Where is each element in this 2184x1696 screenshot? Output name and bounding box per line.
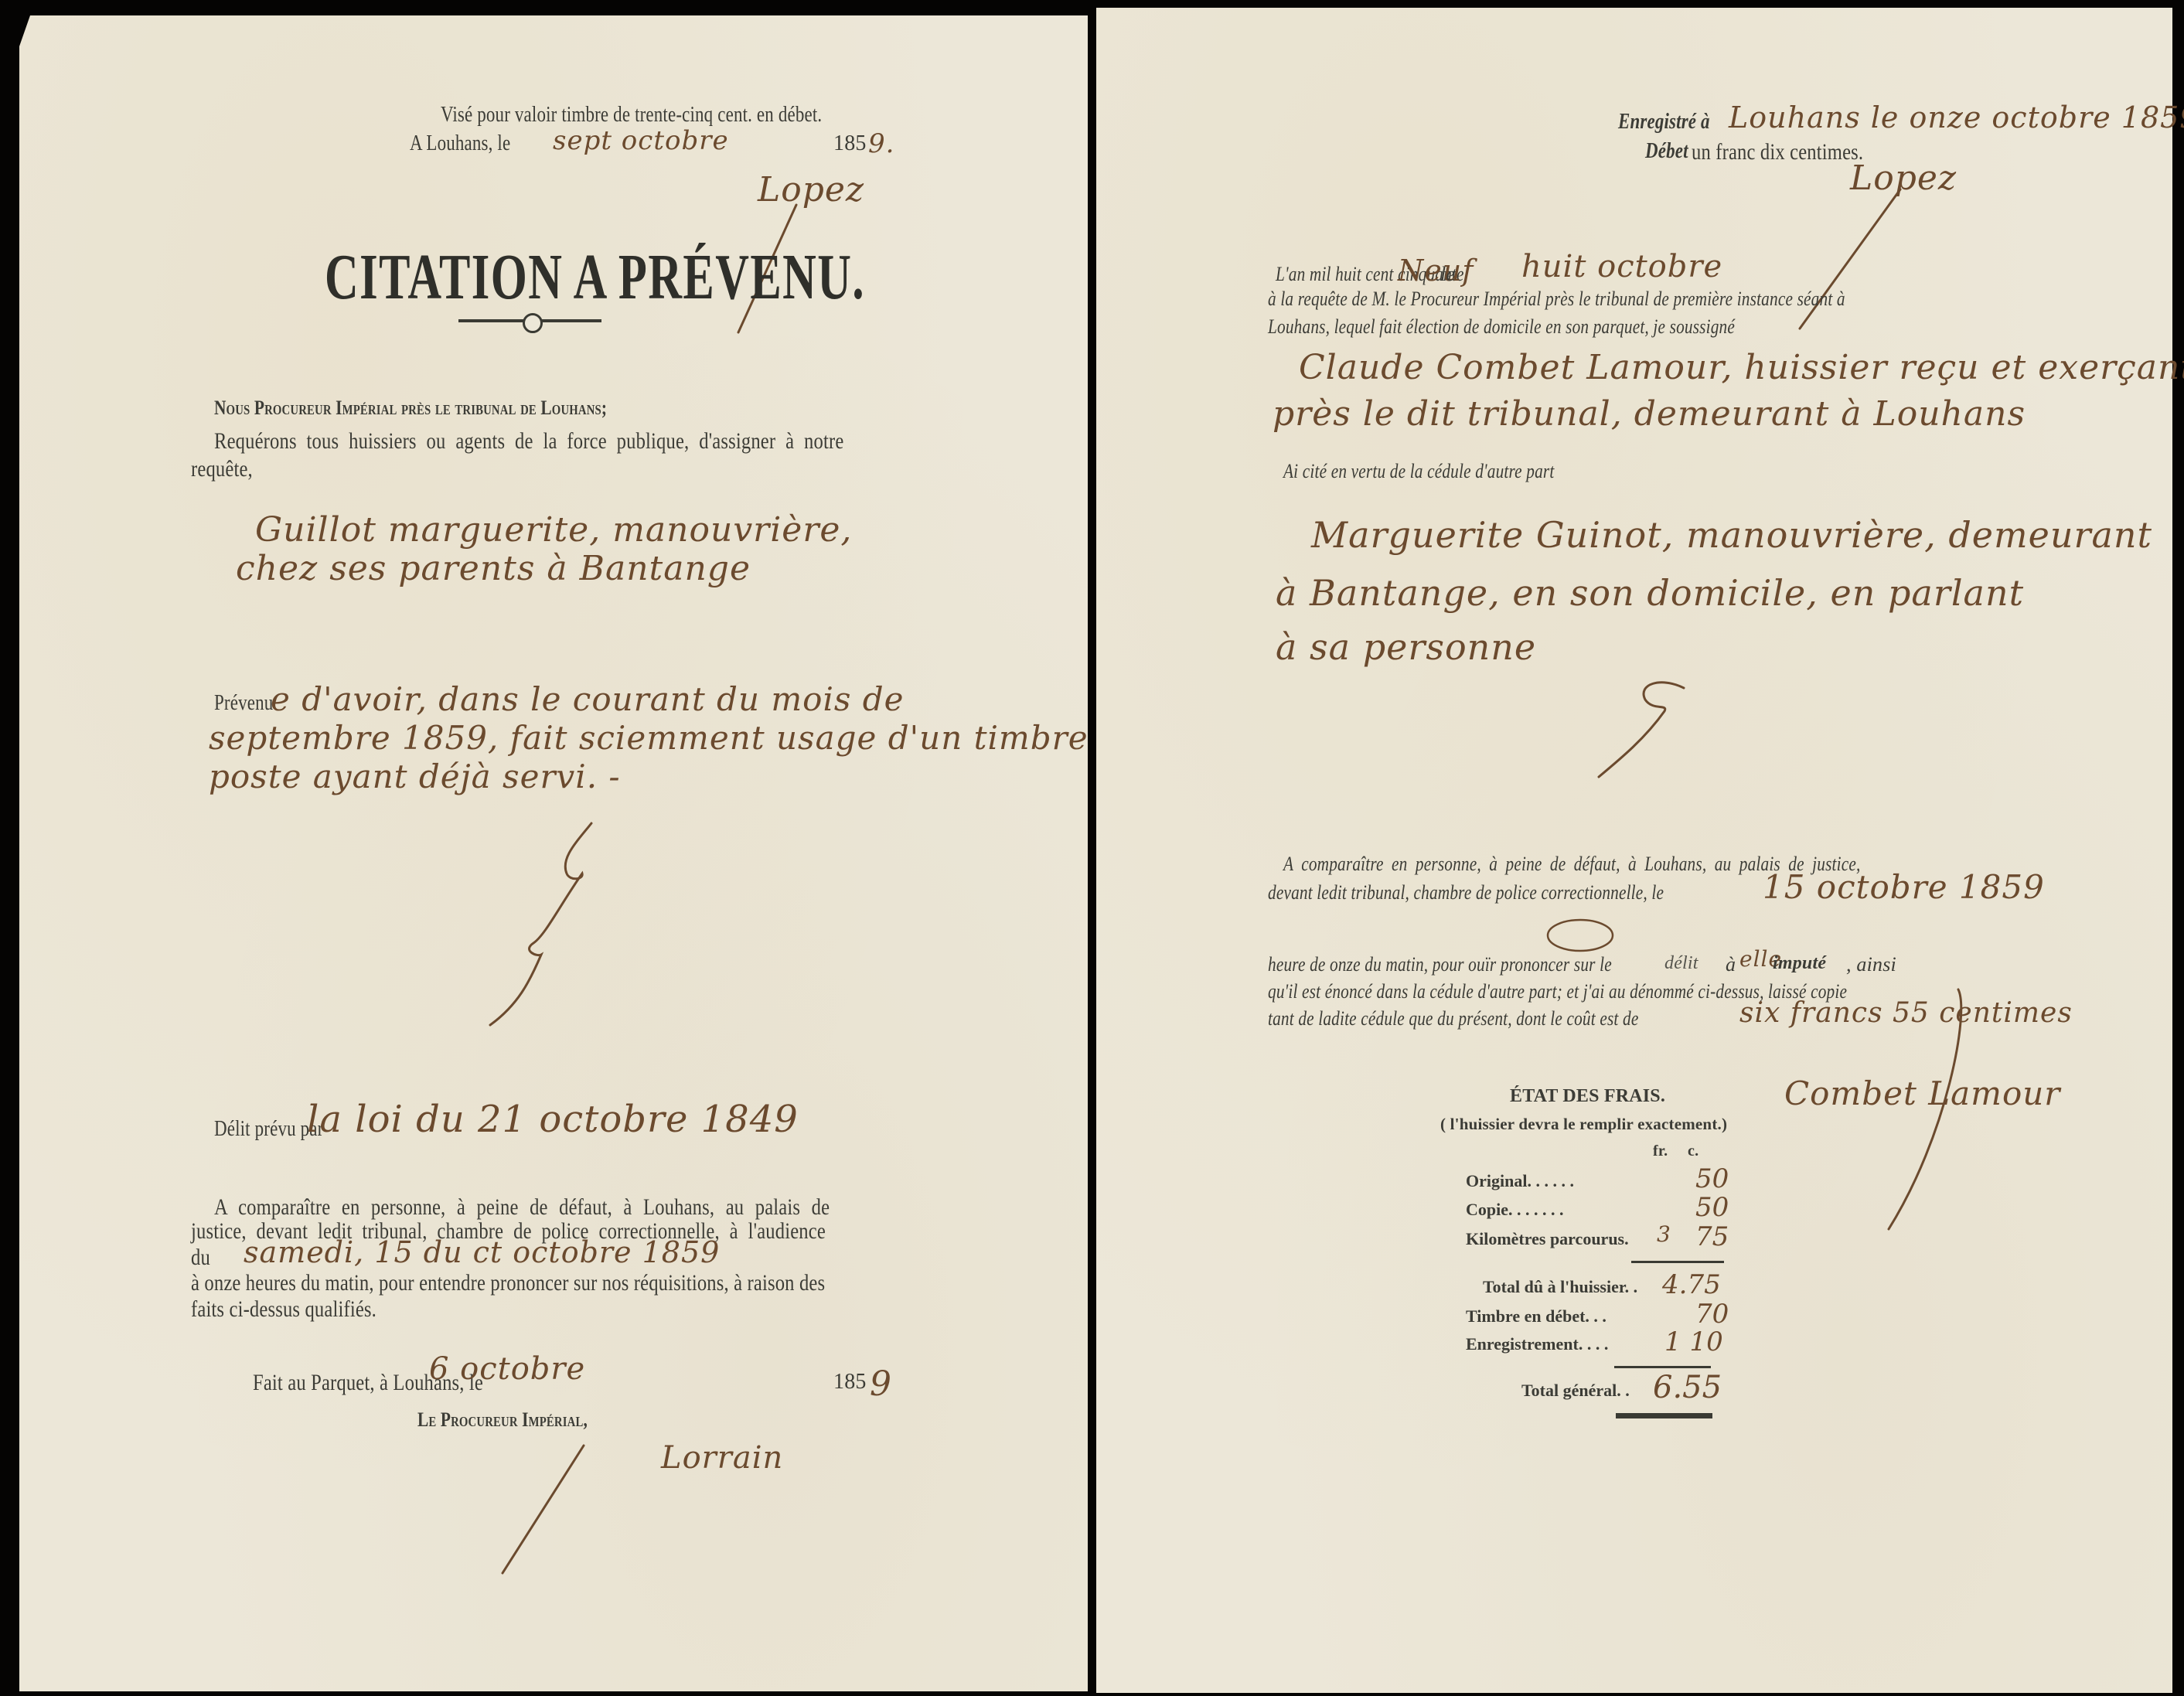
vise-year-handwritten: 9. [868,128,894,159]
prevenu-handwritten-2: septembre 1859, fait sciemment usage d'u… [209,719,1089,757]
frais-label: Timbre en débet. . . [1466,1306,1606,1326]
comparaitre-du: du [191,1245,210,1271]
debet-text: un franc dix centimes. [1692,139,1863,165]
cited-handwritten-1: Marguerite Guinot, manouvrière, demeuran… [1311,514,2152,556]
authority-line: Nous Procureur Impérial près le tribunal… [214,397,607,420]
paraph-flourish-icon [1591,669,1692,785]
frais-value-total-general: 6.55 [1653,1370,1722,1405]
defendant-handwritten-2: chez ses parents à Bantange [236,549,751,588]
heure-line-prefix: heure de onze du matin, pour ouïr pronon… [1268,953,1612,976]
total-double-rule [1616,1413,1712,1418]
frais-value-total-huissier: 4.75 [1662,1269,1721,1300]
frais-value-timbre: 70 [1695,1299,1729,1330]
comparaitre-line-1: A comparaître en personne, à peine de dé… [214,1194,830,1221]
request-line-1: Requérons tous huissiers ou agents de la… [214,428,843,455]
etat-frais-subtitle: ( l'huissier devra le remplir exactement… [1440,1115,1727,1134]
intro-year-handwritten: Neuf [1398,254,1474,288]
frais-label: Total général. . [1521,1381,1630,1400]
total-rule [1614,1366,1711,1368]
frais-value-copie: 50 [1695,1192,1729,1223]
huissier-handwritten-1: Claude Combet Lamour, huissier reçu et e… [1299,348,2184,387]
signature-flourish-icon [499,1446,591,1577]
comparaitre-date-handwritten: 15 octobre 1859 [1763,868,2045,906]
defendant-handwritten-1: Guillot marguerite, manouvrière, [255,510,852,550]
prevenu-handwritten-3: poste ayant déjà servi. - [209,758,621,795]
vise-year-printed: 185 [833,131,867,156]
audience-date-handwritten: samedi, 15 du ct octobre 1859 [244,1235,720,1269]
col-fr-header: fr. [1653,1143,1668,1160]
oval-mark-icon [1543,916,1628,955]
huissier-handwritten-2: près le dit tribunal, demeurant à Louhan… [1273,394,2026,434]
frais-row-enregistrement: Enregistrement. . . . [1466,1334,1608,1354]
frais-value-original: 50 [1695,1163,1729,1194]
paraph-flourish-icon [483,827,591,1028]
procureur-label: Le Procureur Impérial, [417,1408,588,1432]
heure-line-impute: imputé [1773,953,1826,974]
intro-le: le [1440,263,1455,286]
comparaitre-line-4: faits ci-dessus qualifiés. [191,1296,376,1323]
fait-date-handwritten: 6 octobre [429,1351,585,1387]
heure-line-ainsi: , ainsi [1846,953,1896,976]
vise-line: Visé pour valoir timbre de trente-cinq c… [441,103,822,128]
cited-handwritten-3: à sa personne [1276,626,1536,668]
frais-value-kilometres-fr: 3 [1657,1221,1671,1247]
intro-date-handwritten: huit octobre [1521,249,1722,284]
prevenu-label: Prévenu [214,691,273,716]
frais-row-kilometres: Kilomètres parcourus. [1466,1229,1629,1249]
intro-line-2: à la requête de M. le Procureur Impérial… [1268,288,1845,311]
frais-row-total-general: Total général. . [1521,1381,1630,1401]
frais-value-enregistrement: 1 10 [1664,1326,1723,1357]
title-ornament-divider [458,319,601,322]
signature-flourish-icon [1885,982,1978,1237]
frais-label: Total dû à l'huissier. . [1483,1277,1637,1296]
comparaitre-line-2: devant ledit tribunal, chambre de police… [1268,881,1664,904]
heure-line-a: à [1726,953,1736,976]
frais-row-original: Original. . . . . . [1466,1171,1574,1191]
col-c-header: c. [1688,1143,1698,1160]
etat-frais-title: ÉTAT DES FRAIS. [1510,1086,1665,1107]
frais-row-copie: Copie. . . . . . . [1466,1200,1564,1220]
heure-line-delit: délit [1664,953,1698,974]
cited-handwritten-2: à Bantange, en son domicile, en parlant [1276,572,2024,614]
subtotal-rule [1631,1261,1724,1263]
frais-row-total-huissier: Total dû à l'huissier. . [1483,1277,1637,1297]
enregistre-label: Enregistré à [1618,110,1710,135]
frais-label: Kilomètres parcourus. [1466,1229,1629,1248]
vise-date-handwritten: sept octobre [553,125,729,156]
cout-line: tant de ladite cédule que du présent, do… [1268,1007,1638,1030]
procureur-signature: Lorrain [661,1440,783,1476]
debet-label: Débet [1645,139,1688,164]
comparaitre-line-3: à onze heures du matin, pour entendre pr… [191,1270,825,1296]
frais-label: Original. . . . . . [1466,1171,1574,1190]
left-page-citation: Visé pour valoir timbre de trente-cinq c… [19,15,1088,1691]
prevenu-handwritten-1: e d'avoir, dans le courant du mois de [271,680,905,718]
document-title: CITATION A PRÉVENU. [325,240,865,315]
frais-value-kilometres-c: 75 [1695,1221,1729,1252]
cite-label: Ai cité en vertu de la cédule d'autre pa… [1283,460,1554,483]
fait-year-handwritten: 9 [870,1364,892,1404]
right-page-exploit: Enregistré à Louhans le onze octobre 185… [1096,8,2172,1693]
vise-place-prefix: A Louhans, le [410,131,510,156]
fait-year-printed: 185 [833,1370,867,1395]
frais-row-timbre: Timbre en débet. . . [1466,1306,1606,1326]
enregistre-handwritten: Louhans le onze octobre 1859 [1729,100,2184,135]
delit-handwritten: la loi du 21 octobre 1849 [307,1098,799,1141]
intro-line-3: Louhans, lequel fait élection de domicil… [1268,315,1735,339]
frais-label: Copie. . . . . . . [1466,1200,1564,1219]
frais-label: Enregistrement. . . . [1466,1334,1608,1354]
request-line-2: requête, [191,456,253,482]
